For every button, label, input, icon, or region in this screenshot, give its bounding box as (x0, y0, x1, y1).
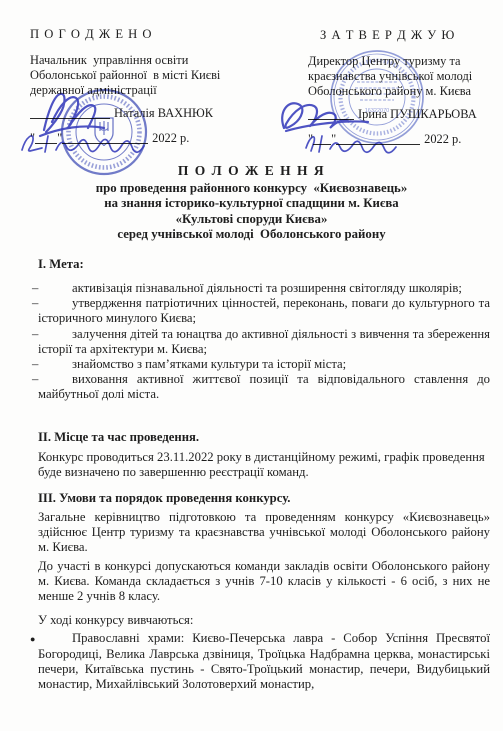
approval-left-label: П О Г О Д Ж Е Н О (30, 27, 280, 42)
section-heading-place: ІІ. Місце та час проведення. (38, 430, 490, 445)
title-main: П О Л О Ж Е Н Н Я (0, 163, 503, 178)
date-row-right: ""2022 р. (308, 132, 498, 147)
study-intro: У ході конкурсу вивчаються: (38, 613, 490, 628)
signer-name-right: Ірина ПУШКАРЬОВА (358, 107, 477, 121)
meta-item: –активізація пізнавальної діяльності та … (38, 281, 490, 296)
approval-block-right: З А Т В Е Р Д Ж У Ю Директор Центру тури… (308, 28, 498, 147)
conditions-paragraph: Загальне керівництво підготовкою та пров… (38, 510, 490, 556)
dash-marker: – (32, 357, 38, 372)
title-line: «Культові споруди Києва» (0, 212, 503, 227)
signer-name-left: Наталія ВАХНЮК (114, 106, 213, 120)
signature-line (308, 107, 354, 120)
section-heading-conditions: ІІІ. Умови та порядок проведення конкурс… (38, 491, 490, 506)
conditions-paragraph: До участі в конкурсі допускаються команд… (38, 559, 490, 605)
document-title-block: П О Л О Ж Е Н Н Я про проведення районно… (0, 163, 503, 242)
approval-right-line: краєзнавства учнівської молоді (308, 69, 498, 84)
approval-right-line: Директор Центру туризму та (308, 54, 498, 69)
month-blank (62, 131, 148, 144)
day-blank (313, 132, 331, 145)
year-label-left: 2022 р. (152, 131, 189, 145)
study-item: ●Православні храми: Києво-Печерська лавр… (38, 631, 490, 692)
approval-block-left: П О Г О Д Ж Е Н О Начальник управління о… (30, 27, 280, 146)
dash-marker: – (32, 372, 38, 387)
date-row-left: ""2022 р. (30, 131, 280, 146)
approval-left-line: державної адміністрації (30, 83, 280, 98)
meta-item: –залучення дітей та юнацтва до активної … (38, 327, 490, 357)
approval-right-line: Оболонського району м. Києва (308, 84, 498, 99)
title-line: серед учнівської молоді Оболонського рай… (0, 227, 503, 242)
meta-item: –знайомство з пам’ятками культури та іст… (38, 357, 490, 372)
approval-left-line: Оболонської районної в місті Києві (30, 68, 280, 83)
dash-marker: – (32, 296, 38, 311)
signature-line (30, 106, 110, 119)
approval-left-line: Начальник управління освіти (30, 53, 280, 68)
year-label-right: 2022 р. (424, 132, 461, 146)
title-line: на знання історико-культурної спадщини м… (0, 196, 503, 211)
signature-row-right: Ірина ПУШКАРЬОВА (308, 107, 498, 122)
scanned-document-page: П О Г О Д Ж Е Н О Начальник управління о… (0, 0, 503, 731)
dash-marker: – (32, 327, 38, 342)
section-heading-meta: І. Мета: (38, 257, 490, 272)
meta-item: –виховання активної життєвої позиції та … (38, 372, 490, 402)
title-line: про проведення районного конкурсу «Києво… (0, 181, 503, 196)
month-blank (336, 132, 420, 145)
meta-item: –утвердження патріотичних цінностей, пер… (38, 296, 490, 326)
document-body: І. Мета: –активізація пізнавальної діяль… (38, 257, 490, 692)
dash-marker: – (32, 281, 38, 296)
approval-right-label: З А Т В Е Р Д Ж У Ю (308, 28, 498, 43)
signature-row-left: Наталія ВАХНЮК (30, 106, 280, 121)
bullet-marker: ● (30, 632, 35, 647)
day-blank (35, 131, 57, 144)
place-paragraph: Конкурс проводиться 23.11.2022 року в ди… (38, 450, 490, 480)
